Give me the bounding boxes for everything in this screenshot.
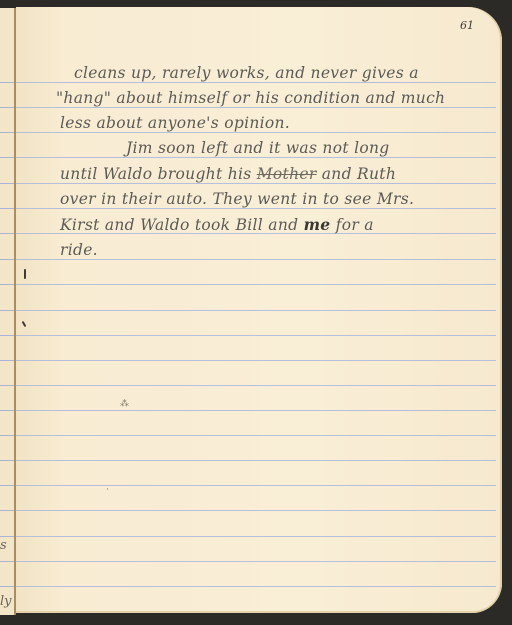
line-text: and Ruth [317, 165, 397, 183]
handwritten-line: until Waldo brought his Mother and Ruth [60, 165, 396, 183]
handwritten-line: Jim soon left and it was not long [126, 139, 390, 157]
handwritten-line: less about anyone's opinion. [60, 114, 290, 132]
line-text: Kirst and Waldo took Bill and [60, 216, 304, 234]
handwritten-line: "hang" about himself or his condition an… [56, 89, 445, 107]
margin-mark [22, 321, 27, 327]
line-text: until Waldo brought his [60, 165, 257, 183]
line-text: for a [330, 216, 373, 234]
handwritten-line: ride. [60, 241, 98, 259]
notebook-page: 61 cleans up, rarely works, and never gi… [16, 7, 502, 613]
facing-page-fragment: ly [0, 594, 12, 609]
margin-mark [24, 269, 26, 279]
ink-speck: · [106, 485, 109, 495]
ink-speck: ⁂ [120, 399, 129, 409]
facing-page-fragment: s [0, 538, 7, 553]
handwritten-line: cleans up, rarely works, and never gives… [74, 64, 419, 82]
overwritten-word: Mother [257, 165, 317, 183]
handwritten-line: over in their auto. They went in to see … [60, 190, 414, 208]
handwritten-line: Kirst and Waldo took Bill and me for a [60, 215, 374, 234]
facing-page-edge: s ly [0, 8, 16, 615]
page-number: 61 [460, 19, 474, 32]
emphasized-word: me [304, 215, 331, 234]
